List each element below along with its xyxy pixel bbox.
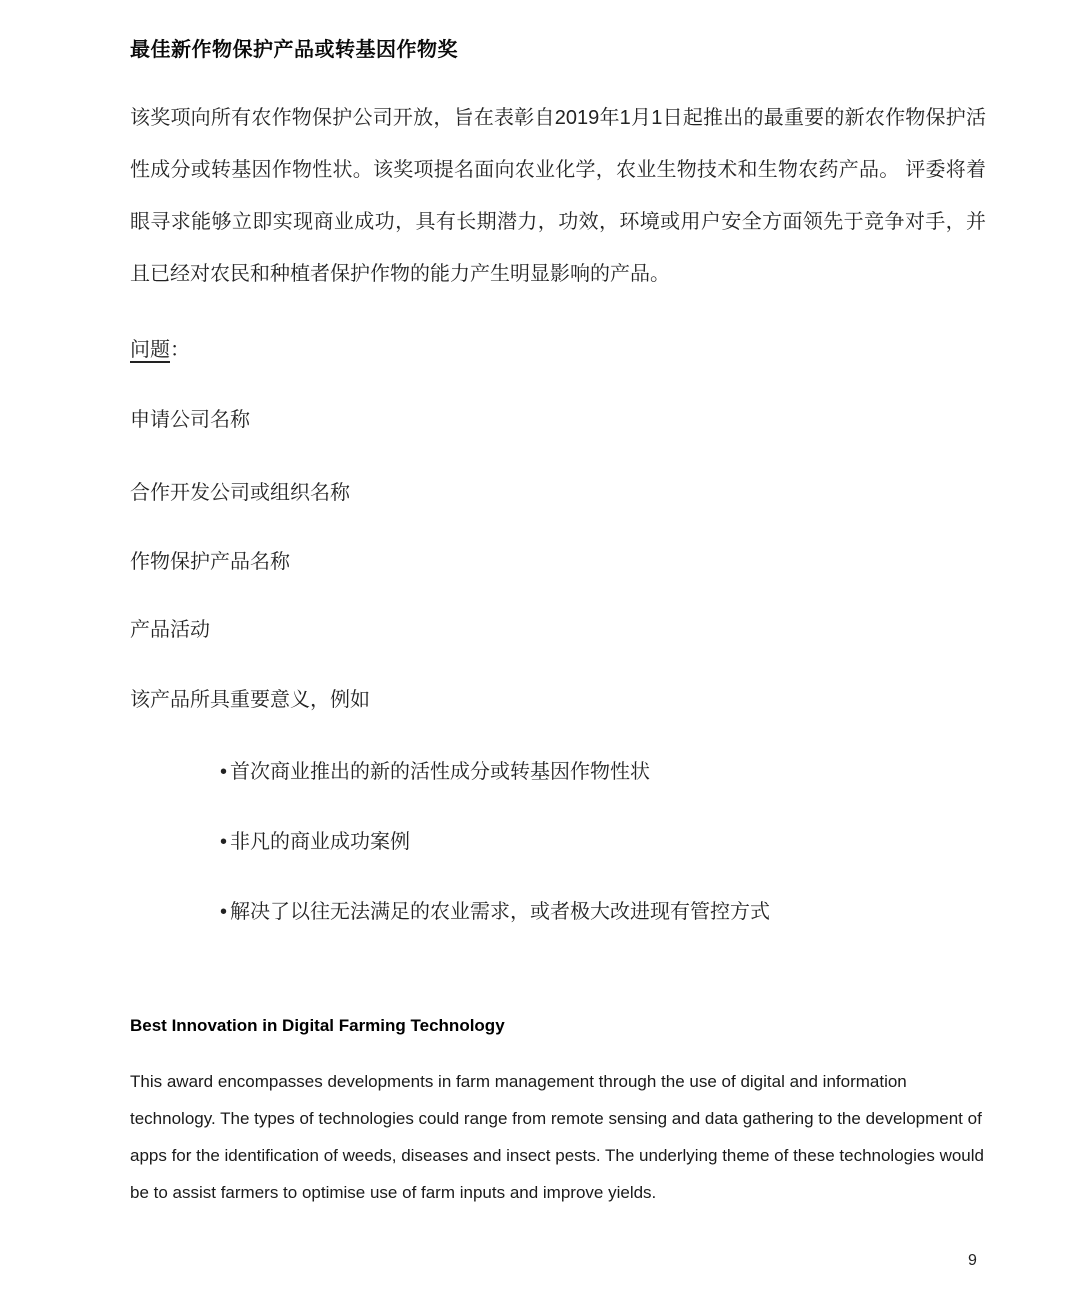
en-award-description: This award encompasses developments in f… <box>130 1063 988 1211</box>
bullet-icon: • <box>220 761 227 783</box>
bullet-item-first-launch: •首次商业推出的新的活性成分或转基因作物性状 <box>220 755 650 784</box>
bullet-item-unmet-need: •解决了以往无法满足的农业需求，或者极大改进现有管控方式 <box>220 895 770 924</box>
bullet-text: 非凡的商业成功案例 <box>230 831 410 853</box>
bullet-text: 解决了以往无法满足的农业需求，或者极大改进现有管控方式 <box>230 901 770 923</box>
questions-label: 问题： <box>130 333 190 362</box>
en-award-title: Best Innovation in Digital Farming Techn… <box>130 1016 505 1036</box>
cn-award-description: 该奖项向所有农作物保护公司开放，旨在表彰自2019年1月1日起推出的最重要的新农… <box>130 92 986 300</box>
question-item-product-name: 作物保护产品名称 <box>130 545 290 574</box>
bullet-icon: • <box>220 831 227 853</box>
questions-label-text: 问题 <box>130 339 170 361</box>
document-page: 最佳新作物保护产品或转基因作物奖 该奖项向所有农作物保护公司开放，旨在表彰自20… <box>0 0 1079 1300</box>
bullet-icon: • <box>220 901 227 923</box>
bullet-text: 首次商业推出的新的活性成分或转基因作物性状 <box>230 761 650 783</box>
questions-label-colon: ： <box>170 339 190 361</box>
question-item-product-activity: 产品活动 <box>130 613 210 642</box>
question-item-product-significance: 该产品所具重要意义，例如 <box>130 683 370 712</box>
page-number: 9 <box>968 1252 977 1270</box>
question-item-applicant-company: 申请公司名称 <box>130 403 250 432</box>
question-item-partner-company: 合作开发公司或组织名称 <box>130 476 350 505</box>
bullet-item-commercial-success: •非凡的商业成功案例 <box>220 825 410 854</box>
cn-award-title: 最佳新作物保护产品或转基因作物奖 <box>130 33 458 62</box>
